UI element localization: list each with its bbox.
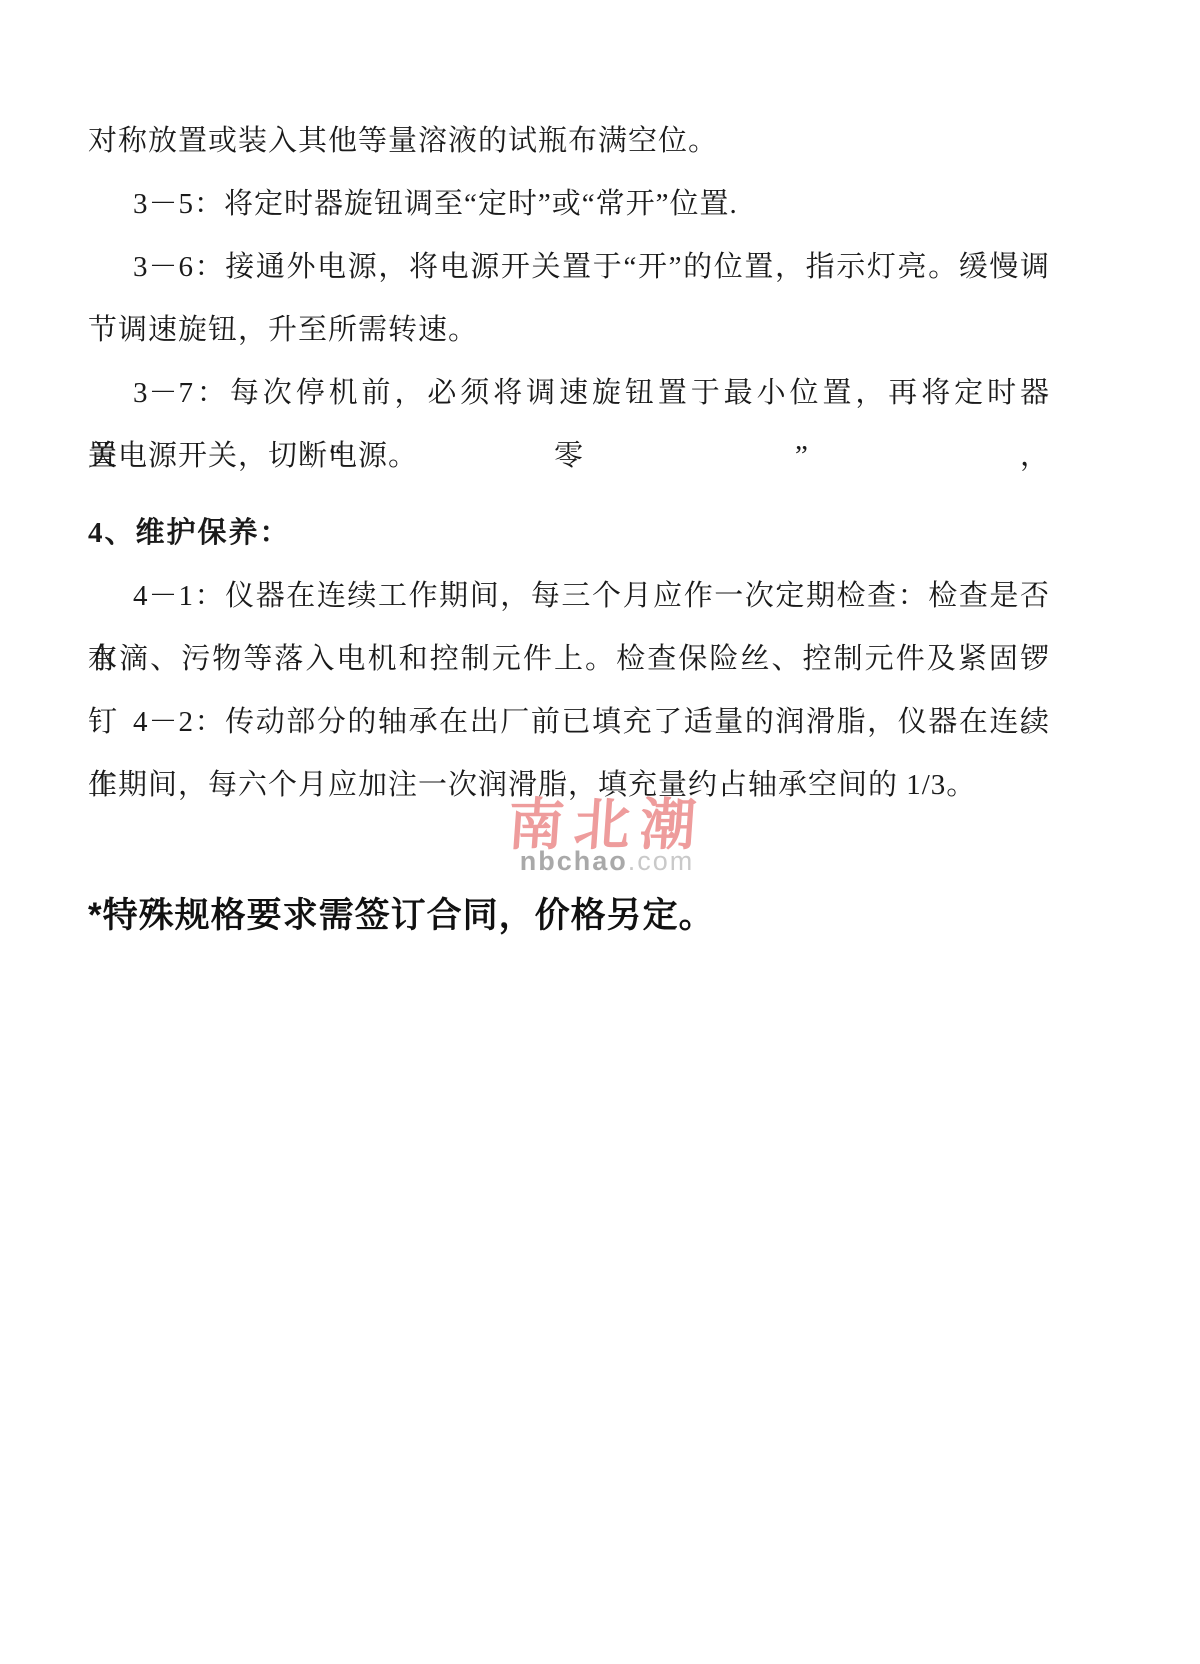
- text-line: 4－1：仪器在连续工作期间，每三个月应作一次定期检查：检查是否有: [88, 565, 1050, 628]
- watermark-domain-text: nbchao.com: [492, 848, 722, 875]
- text-line: 节调速旋钮，升至所需转速。: [88, 299, 1050, 362]
- section-heading: 4、维护保养：: [88, 502, 1050, 565]
- text-line: 水滴、污物等落入电机和控制元件上。检查保险丝、控制元件及紧固锣钉。: [88, 628, 1050, 691]
- watermark-domain-tld: .com: [628, 846, 695, 876]
- text-line: 3－5：将定时器旋钮调至“定时”或“常开”位置.: [88, 173, 1050, 236]
- document-body: 对称放置或装入其他等量溶液的试瓶布满空位。 3－5：将定时器旋钮调至“定时”或“…: [88, 110, 1050, 817]
- text-line: 对称放置或装入其他等量溶液的试瓶布满空位。: [88, 110, 1050, 173]
- text-line: 作期间，每六个月应加注一次润滑脂，填充量约占轴承空间的 1/3。: [88, 754, 1050, 817]
- text-line: 3－7：每次停机前，必须将调速旋钮置于最小位置，再将定时器置“零”，: [88, 362, 1050, 425]
- text-line: 3－6：接通外电源，将电源开关置于“开”的位置，指示灯亮。缓慢调: [88, 236, 1050, 299]
- document-page: 对称放置或装入其他等量溶液的试瓶布满空位。 3－5：将定时器旋钮调至“定时”或“…: [0, 0, 1200, 1664]
- special-note: *特殊规格要求需签订合同，价格另定。: [88, 894, 715, 938]
- watermark-domain-name: nbchao: [520, 846, 628, 876]
- text-line: 4－2：传动部分的轴承在出厂前已填充了适量的润滑脂，仪器在连续工: [88, 691, 1050, 754]
